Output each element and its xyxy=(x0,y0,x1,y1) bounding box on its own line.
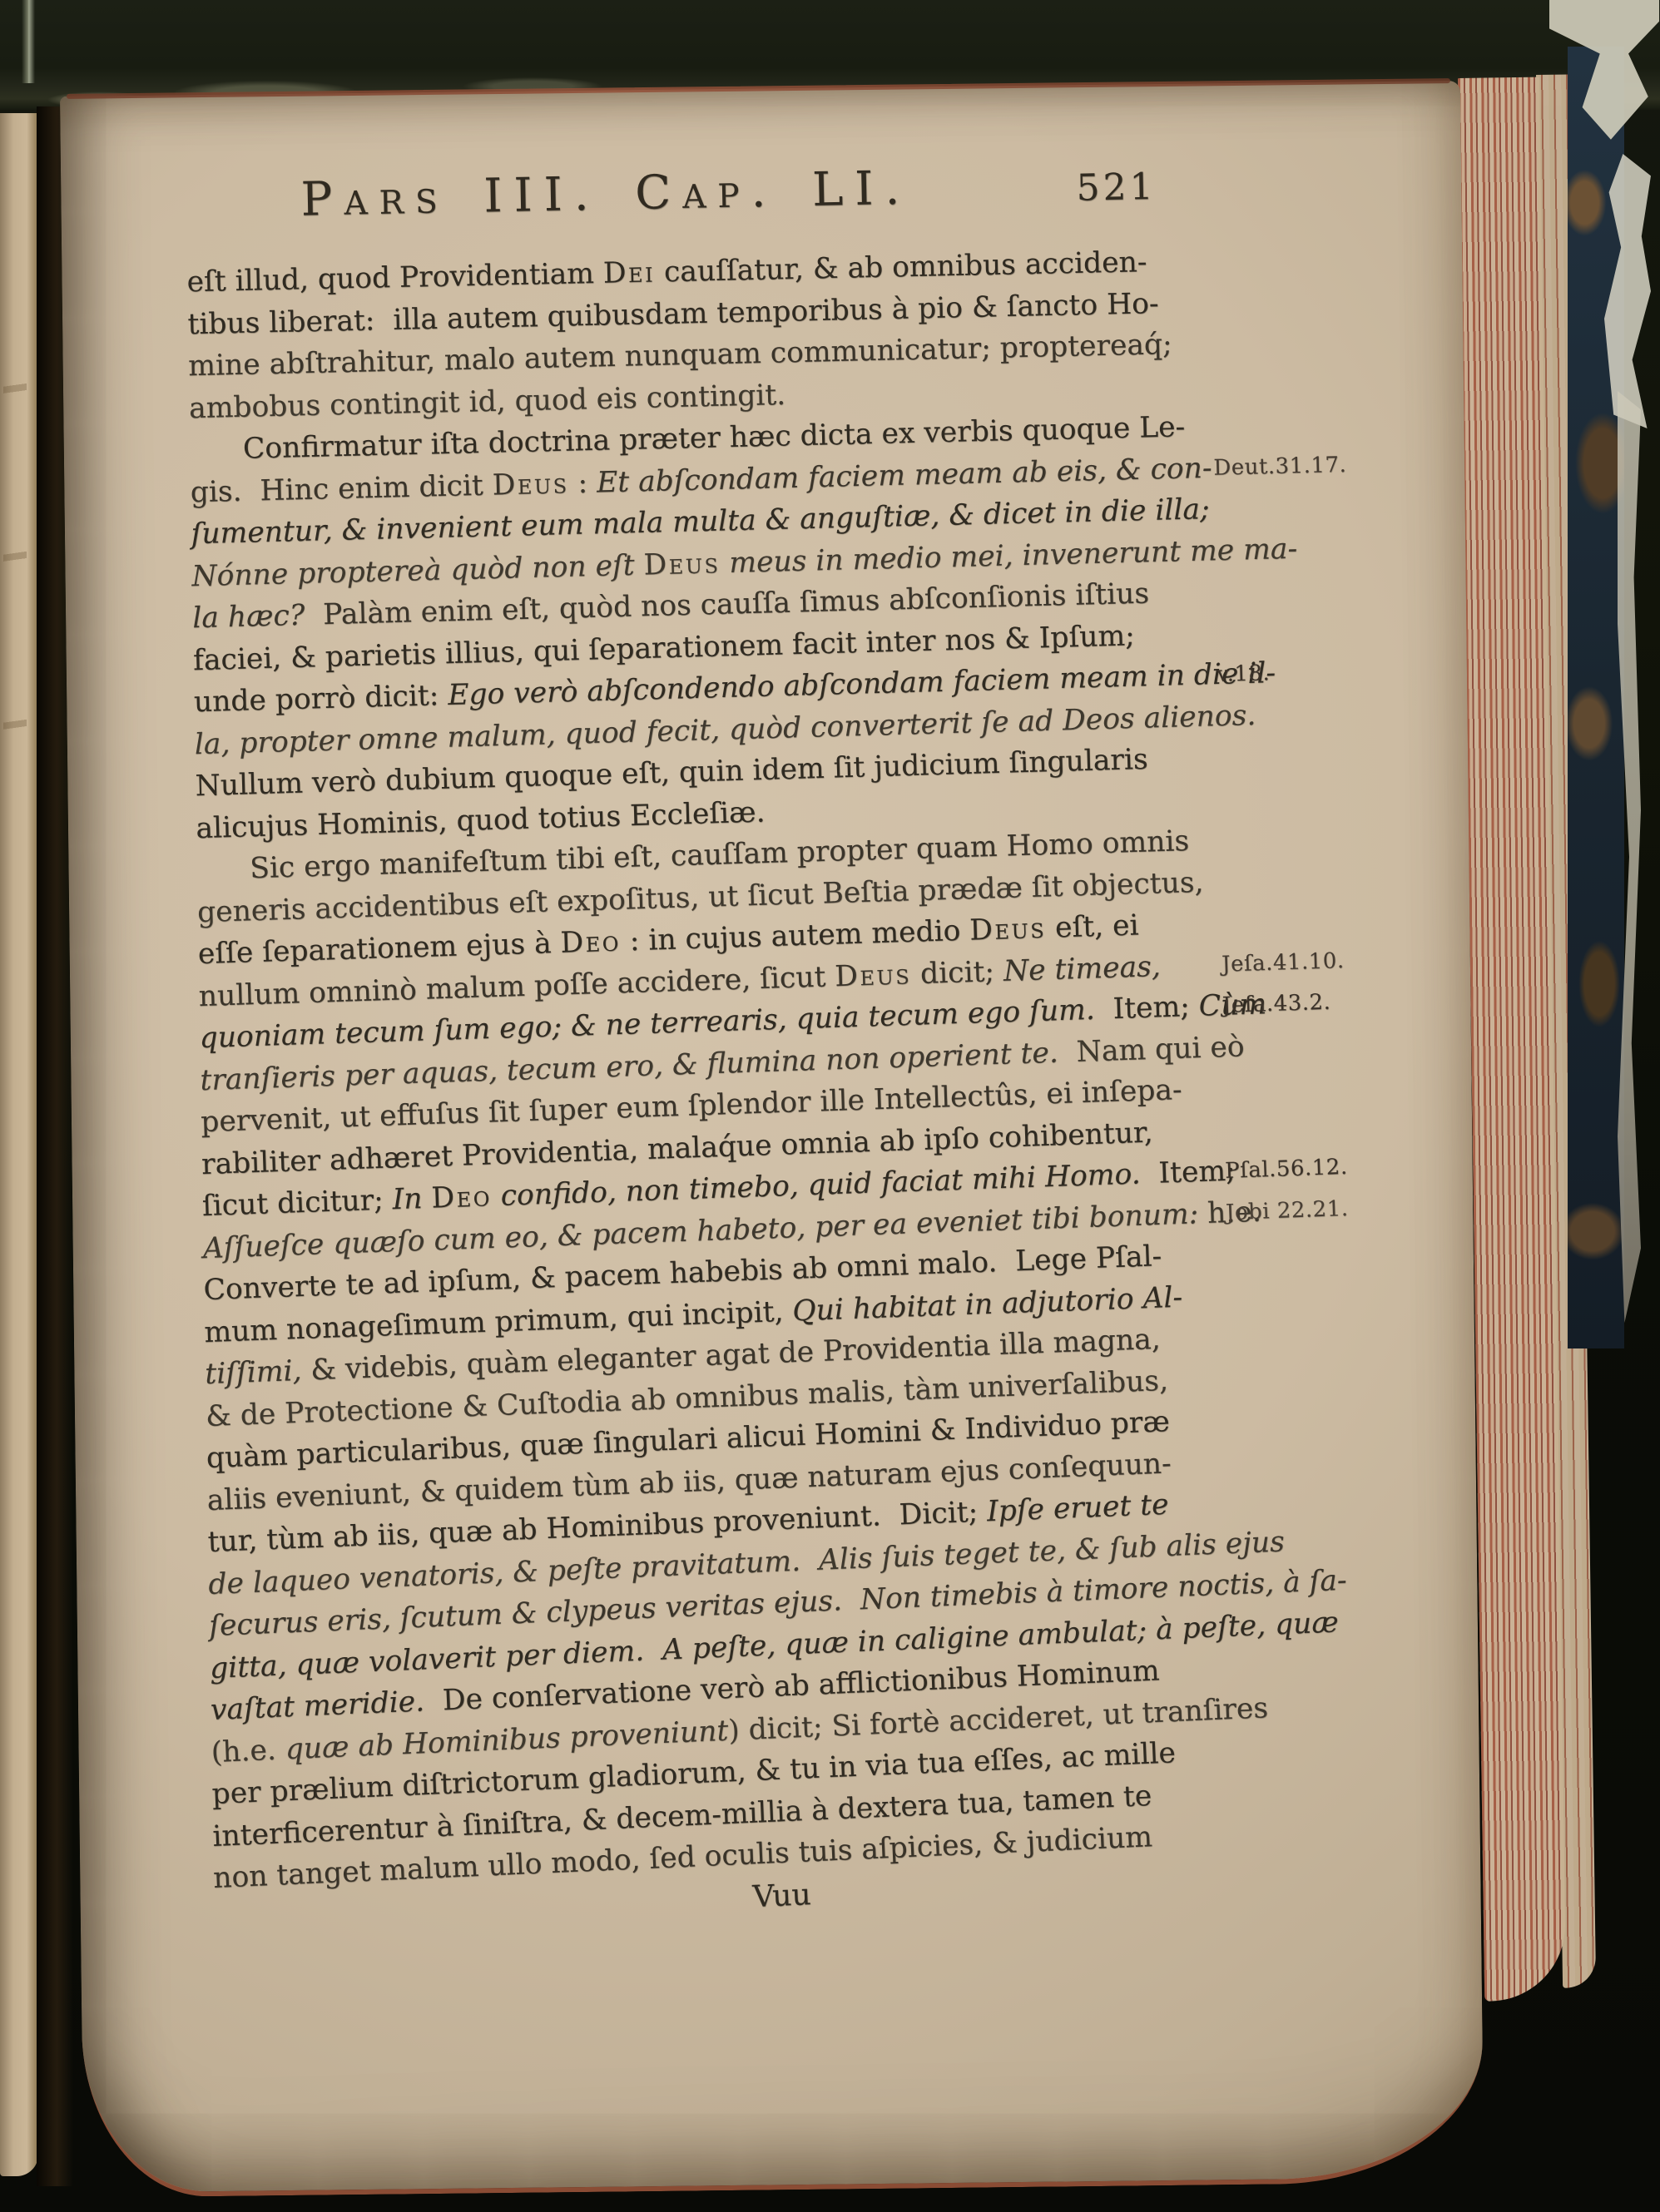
body-text: unde porrò dicit: xyxy=(193,679,448,719)
body-text: Item; xyxy=(1140,1154,1236,1190)
body-text: Deus xyxy=(835,958,912,993)
page-header: Pars III. Cap. LI. 521 xyxy=(186,156,1160,229)
body-text: gis. Hinc enim dicit xyxy=(190,468,493,509)
body-text: dicit; xyxy=(910,954,1003,990)
torn-paper-fragment xyxy=(1604,154,1651,428)
body-text: eſt illud, quod Providentiam xyxy=(186,257,603,299)
body-text: (h.e. xyxy=(211,1733,286,1769)
page-edge-marks xyxy=(3,316,27,865)
body-text: Deus xyxy=(492,467,569,502)
body-text: Item; xyxy=(1094,990,1199,1027)
marbled-endpaper xyxy=(1568,47,1624,1348)
quoted-scripture-text: Ipſe eruet te xyxy=(986,1488,1169,1529)
margin-note: Pſal.56.12. xyxy=(1225,1155,1348,1184)
text-block: eſt illud, quod Providentiam Dei cauſſat… xyxy=(186,248,1262,1945)
margin-note: v.18. xyxy=(1217,661,1271,687)
body-text: ſicut dicitur; xyxy=(201,1183,393,1223)
margin-note: Jeſa.43.2. xyxy=(1222,990,1331,1018)
quoted-scripture-text: la hæc? xyxy=(192,599,305,635)
margin-note: Deut.31.17. xyxy=(1213,452,1347,480)
quoted-scripture-text: Ne timeas, xyxy=(1003,949,1161,987)
quoted-scripture-text: tiſſimi, xyxy=(205,1354,303,1391)
body-text: Deo xyxy=(431,1180,493,1215)
quoted-scripture-text: In xyxy=(392,1182,432,1217)
margin-note: Jeſa.41.10. xyxy=(1221,948,1345,977)
running-title: Pars III. Cap. LI. xyxy=(300,161,912,227)
spine-highlight xyxy=(22,0,35,83)
body-text: Deus xyxy=(969,912,1047,948)
body-text: Deo xyxy=(560,925,622,960)
book-photo: Pars III. Cap. LI. 521 eſt illud, quod P… xyxy=(0,0,1660,2212)
book-page: Pars III. Cap. LI. 521 eſt illud, quod P… xyxy=(60,81,1484,2198)
body-text: Deus xyxy=(643,547,721,581)
body-text: Nam qui eò xyxy=(1058,1030,1245,1069)
body-text: eſt, ei xyxy=(1046,908,1140,944)
page-number: 521 xyxy=(1076,166,1160,210)
body-text: cauſſatur, & ab omnibus acciden- xyxy=(655,245,1147,289)
margin-note: Jobi 22.21. xyxy=(1226,1195,1349,1225)
body-text: Dei xyxy=(602,256,655,290)
body-text: : xyxy=(568,466,597,500)
